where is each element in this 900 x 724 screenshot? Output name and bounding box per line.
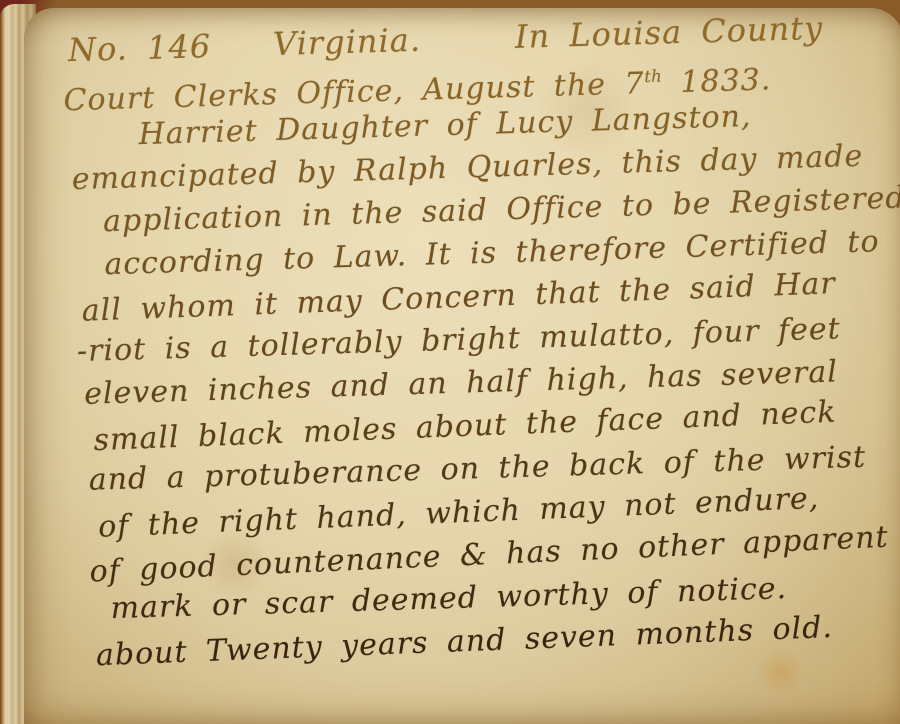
date-year: 1833.	[661, 62, 771, 100]
date-superscript: th	[644, 67, 662, 87]
handwriting-body: Harriet Daughter of Lucy Langston,emanci…	[70, 91, 900, 674]
register-page: No. 146 Virginia. In Louisa County Court…	[24, 8, 900, 724]
photo-background: No. 146 Virginia. In Louisa County Court…	[0, 0, 900, 724]
entry-number: No. 146	[67, 25, 211, 72]
handwriting-text: No. 146 Virginia. In Louisa County Court…	[67, 5, 900, 674]
state-name: Virginia.	[272, 19, 421, 66]
county-heading: In Louisa County	[514, 7, 823, 59]
